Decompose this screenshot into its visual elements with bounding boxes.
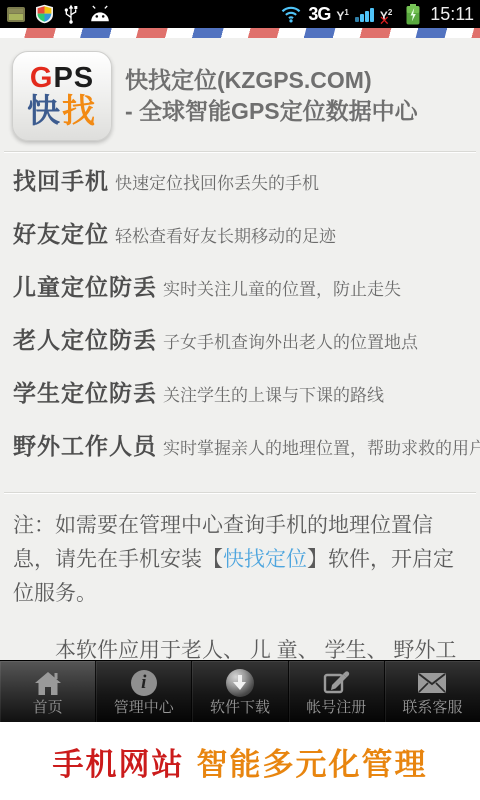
feature-title: 好友定位 <box>13 221 109 247</box>
feature-elder-locate[interactable]: 老人定位防丢子女手机查询外出老人的位置地点 <box>13 327 467 357</box>
page-title-line2: - 全球智能GPS定位数据中心 <box>125 96 418 127</box>
tab-contact-support[interactable]: 联系客服 <box>385 661 480 722</box>
signal-bars-icon <box>355 6 374 22</box>
footer-slogan: 手机网站智能多元化管理 <box>53 739 428 784</box>
feature-field-worker[interactable]: 野外工作人员实时掌握亲人的地理位置，帮助求救的用户 <box>13 433 467 463</box>
security-shield-icon <box>35 4 54 24</box>
network-type-label: 3G <box>308 4 330 25</box>
logo-kuaizhao-text: 快找 <box>27 93 97 129</box>
tab-manage-center[interactable]: i 管理中心 <box>96 661 192 722</box>
feature-student-locate[interactable]: 学生定位防丢关注学生的上课与下课的路线 <box>13 380 467 410</box>
tab-label: 联系客服 <box>402 700 462 716</box>
status-bar-right: 3G Y1 Y2✕ 15:11 <box>280 4 474 25</box>
clock: 15:11 <box>430 4 474 25</box>
footer-slogan-red: 手机网站 <box>53 747 185 782</box>
feature-desc: 关注学生的上课与下课的路线 <box>163 386 384 405</box>
page-title-line1: 快找定位(KZGPS.COM) <box>125 65 418 96</box>
feature-find-phone[interactable]: 找回手机快速定位找回你丢失的手机 <box>13 168 467 198</box>
home-icon <box>33 668 63 698</box>
airmail-stripe-border <box>0 28 480 38</box>
feature-desc: 轻松查看好友长期移动的足迹 <box>115 227 336 246</box>
feature-title: 儿童定位防丢 <box>13 274 157 300</box>
tab-software-download[interactable]: 软件下载 <box>192 661 288 722</box>
phone-screen: 3G Y1 Y2✕ 15:11 GPS 快找 快找定 <box>0 0 480 800</box>
battery-widget-icon <box>6 6 26 23</box>
bottom-tab-bar: 首页 i 管理中心 软件下载 帐号注册 <box>0 660 480 722</box>
tab-home[interactable]: 首页 <box>0 661 96 722</box>
feature-desc: 快速定位找回你丢失的手机 <box>115 174 319 193</box>
tab-label: 管理中心 <box>114 700 174 716</box>
tab-account-register[interactable]: 帐号注册 <box>289 661 385 722</box>
download-icon <box>226 668 254 698</box>
app-logo: GPS 快找 <box>12 51 112 141</box>
sim2-signal-mark: Y2✕ <box>380 8 392 21</box>
feature-title: 找回手机 <box>13 168 109 194</box>
battery-charging-icon <box>406 4 420 25</box>
register-icon <box>322 668 350 698</box>
sim1-signal-mark: Y1 <box>336 8 348 21</box>
usb-icon <box>63 4 79 24</box>
feature-desc: 子女手机查询外出老人的位置地点 <box>163 333 418 352</box>
app-header: GPS 快找 快找定位(KZGPS.COM) - 全球智能GPS定位数据中心 <box>0 38 480 151</box>
feature-child-locate[interactable]: 儿童定位防丢实时关注儿童的位置，防止走失 <box>13 274 467 304</box>
feature-title: 野外工作人员 <box>13 433 157 459</box>
footer-slogan-orange: 智能多元化管理 <box>197 747 428 782</box>
logo-gps-text: GPS <box>30 63 94 93</box>
feature-desc: 实时关注儿童的位置，防止走失 <box>163 280 401 299</box>
status-bar-left <box>6 4 112 24</box>
tab-label: 软件下载 <box>210 700 270 716</box>
feature-title: 老人定位防丢 <box>13 327 157 353</box>
feature-friend-locate[interactable]: 好友定位轻松查看好友长期移动的足迹 <box>13 221 467 251</box>
kuaizhao-app-link[interactable]: 快找定位 <box>223 548 307 571</box>
install-note: 注：如需要在管理中心查询手机的地理位置信息，请先在手机安装【快找定位】软件，开启… <box>0 493 480 611</box>
tab-label: 帐号注册 <box>306 700 366 716</box>
description-paragraph: 本软件应用于老人、 儿 童、 学生、 野外工作人员及对于位置信息有跟踪或求救需求… <box>0 611 480 660</box>
feature-list: 找回手机快速定位找回你丢失的手机 好友定位轻松查看好友长期移动的足迹 儿童定位防… <box>0 152 480 492</box>
android-icon <box>88 5 112 23</box>
page-content: GPS 快找 快找定位(KZGPS.COM) - 全球智能GPS定位数据中心 找… <box>0 38 480 660</box>
wifi-icon <box>280 5 302 23</box>
status-bar: 3G Y1 Y2✕ 15:11 <box>0 0 480 28</box>
info-icon: i <box>131 668 157 698</box>
feature-desc: 实时掌握亲人的地理位置，帮助求救的用户 <box>163 439 480 458</box>
mail-icon <box>417 668 447 698</box>
feature-title: 学生定位防丢 <box>13 380 157 406</box>
footer-banner: 手机网站智能多元化管理 <box>0 722 480 800</box>
tab-label: 首页 <box>33 700 63 716</box>
no-signal-x-icon: ✕ <box>379 16 390 26</box>
page-title: 快找定位(KZGPS.COM) - 全球智能GPS定位数据中心 <box>125 65 418 127</box>
